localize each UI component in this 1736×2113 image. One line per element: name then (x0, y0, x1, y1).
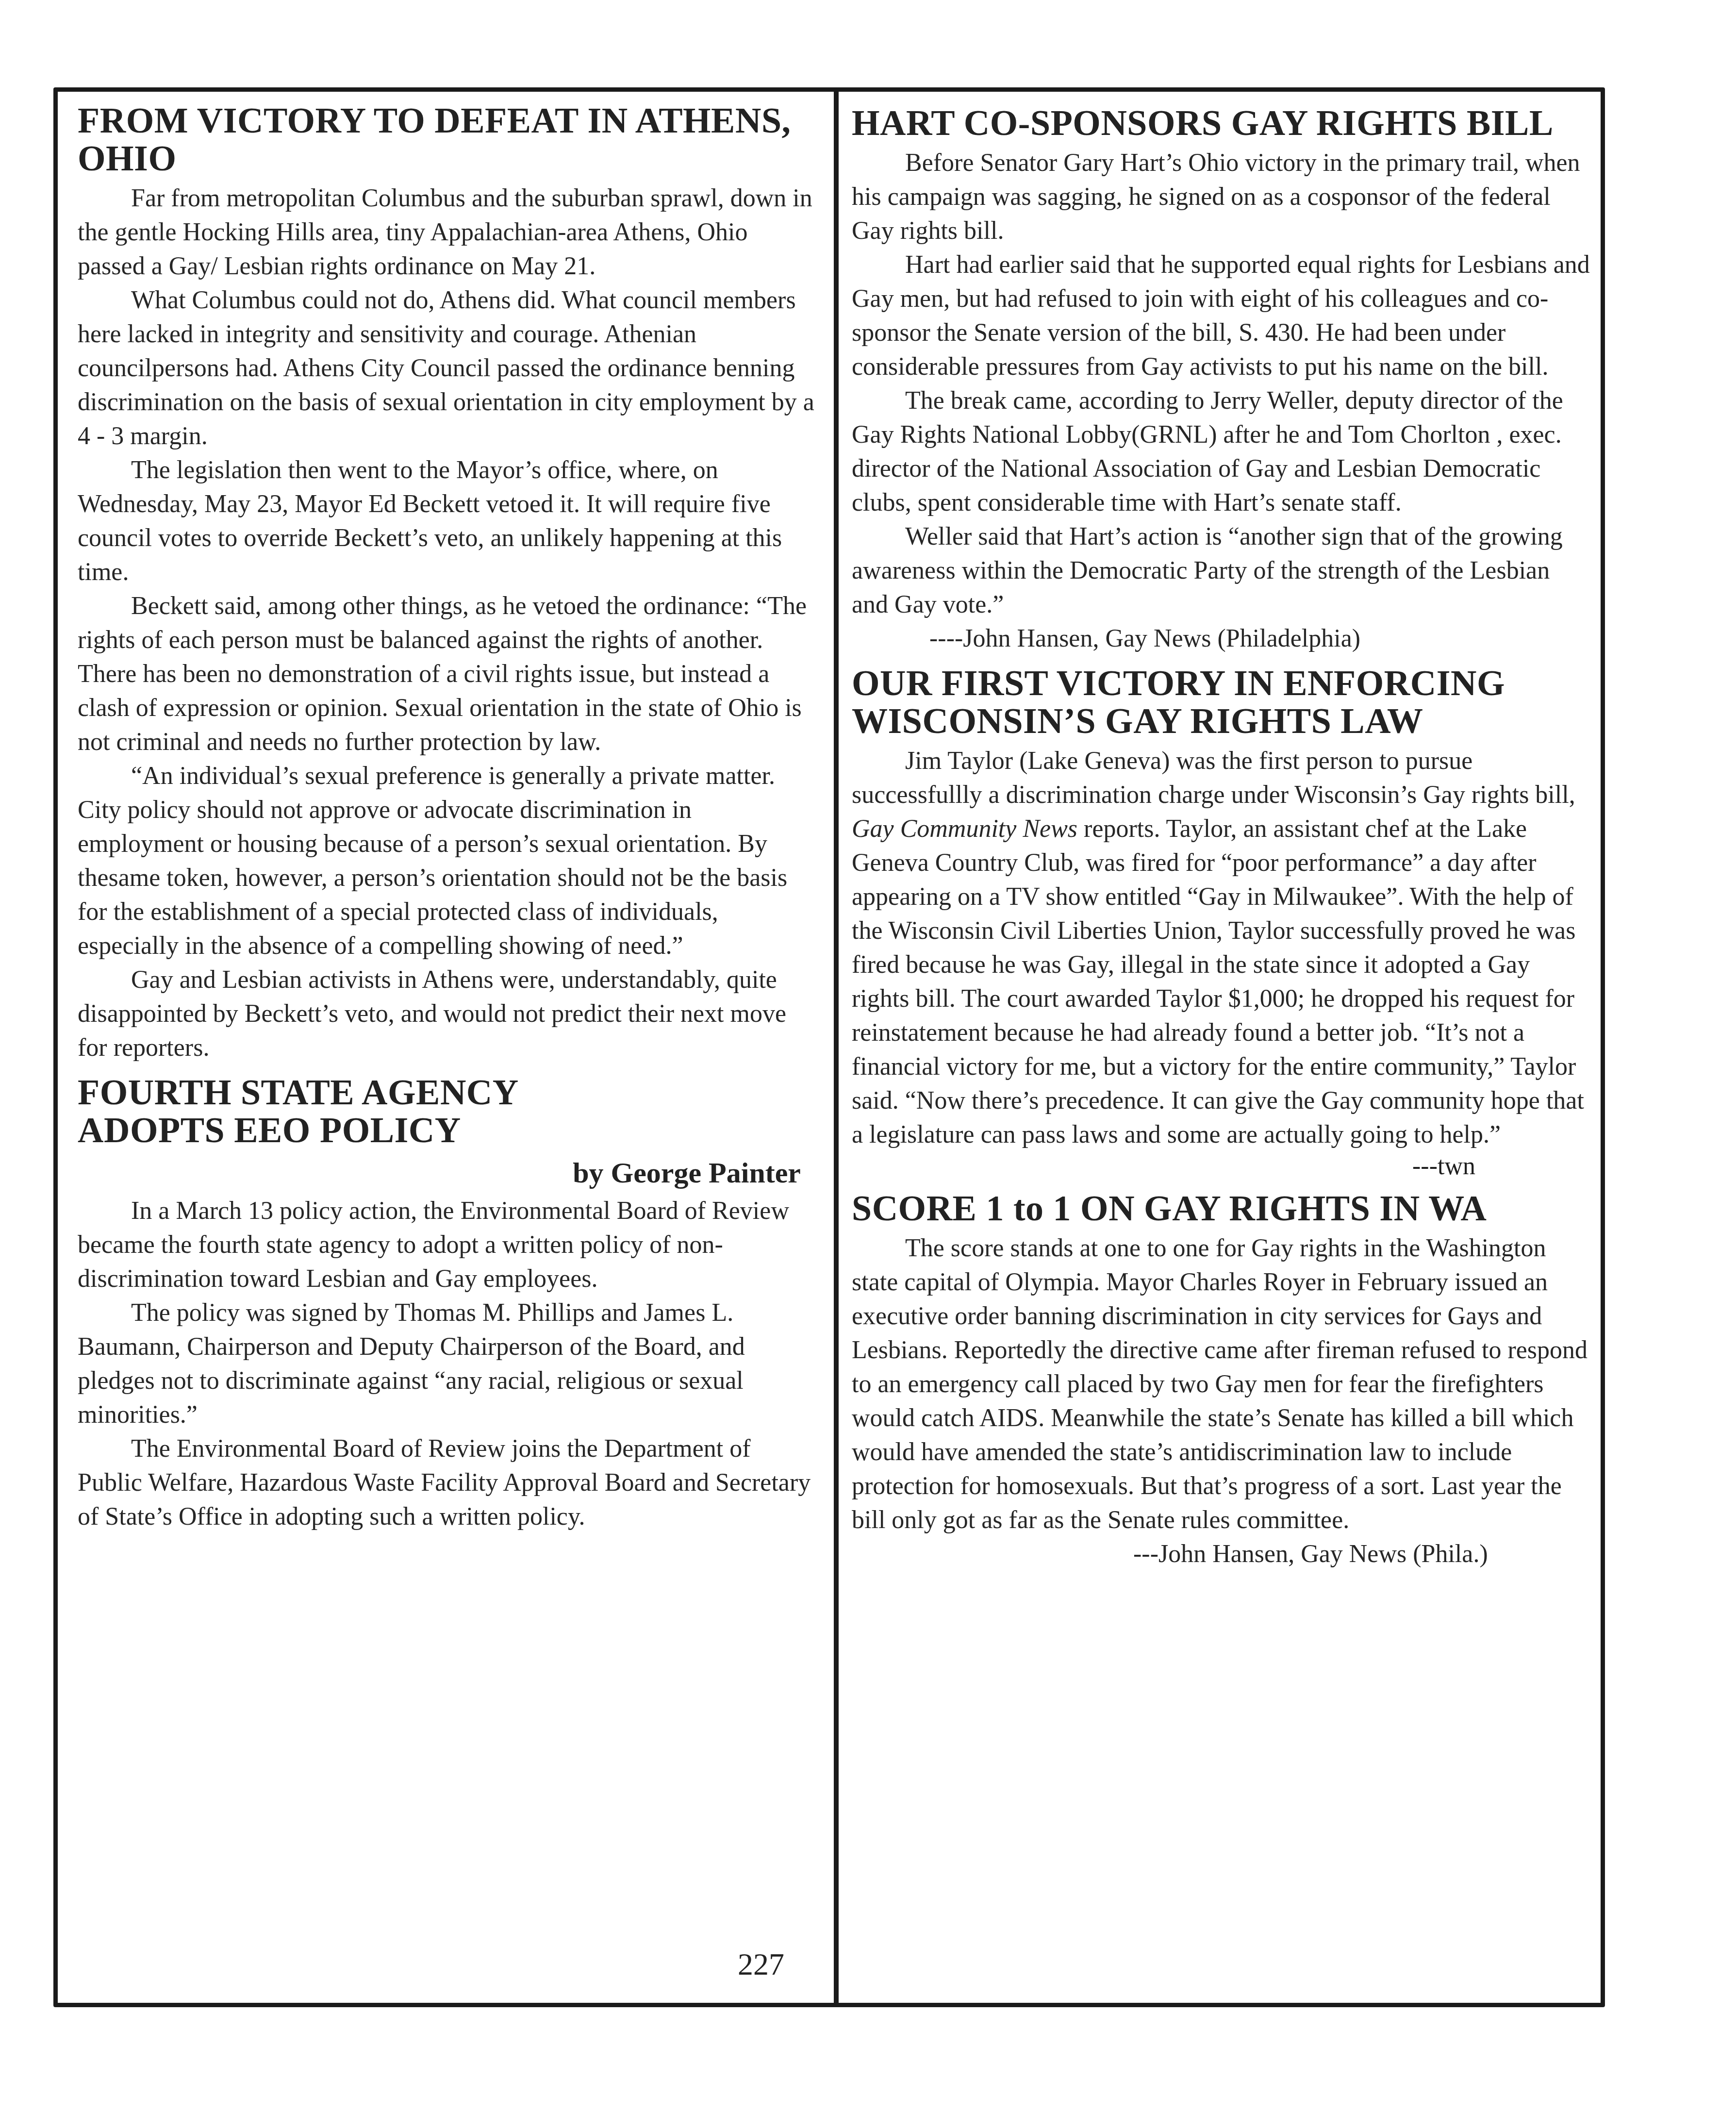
byline: by George Painter (78, 1153, 801, 1192)
paragraph: What Columbus could not do, Athens did. … (78, 283, 820, 453)
paragraph: Jim Taylor (Lake Geneva) was the first p… (852, 744, 1592, 1152)
paragraph: In a March 13 policy action, the Environ… (78, 1194, 820, 1296)
paragraph: Before Senator Gary Hart’s Ohio victory … (852, 146, 1592, 248)
headline-hart-cosponsors: HART CO-SPONSORS GAY RIGHTS BILL (852, 104, 1592, 142)
paragraph: Beckett said, among other things, as he … (78, 589, 820, 759)
paragraph: “An individual’s sexual preference is ge… (78, 759, 820, 963)
publication-name: Gay Community News (852, 815, 1077, 843)
story-hart-cosponsors: HART CO-SPONSORS GAY RIGHTS BILL Before … (852, 104, 1592, 656)
paragraph: Hart had earlier said that he supported … (852, 248, 1592, 384)
author-signoff: ---twn (852, 1152, 1592, 1181)
source-credit: ----John Hansen, Gay News (Philadelphia) (852, 622, 1592, 656)
story-fourth-state-agency: FOURTH STATE AGENCY ADOPTS EEO POLICY by… (78, 1074, 820, 1534)
text-run: Jim Taylor (Lake Geneva) was the first p… (852, 747, 1575, 809)
paragraph: The break came, according to Jerry Welle… (852, 384, 1592, 520)
story-athens-ohio: FROM VICTORY TO DEFEAT IN ATHENS, OHIO F… (78, 102, 820, 1065)
story-score-wa: SCORE 1 to 1 ON GAY RIGHTS IN WA The sco… (852, 1190, 1592, 1571)
right-column: HART CO-SPONSORS GAY RIGHTS BILL Before … (847, 92, 1597, 1580)
paragraph: The Environmental Board of Review joins … (78, 1432, 820, 1534)
story-wisconsin-victory: OUR FIRST VICTORY IN ENFORCING WISCONSIN… (852, 665, 1592, 1181)
headline-score-wa: SCORE 1 to 1 ON GAY RIGHTS IN WA (852, 1190, 1592, 1228)
column-divider (834, 87, 839, 2007)
text-run: reports. Taylor, an assistant chef at th… (852, 815, 1584, 1148)
headline-athens-ohio: FROM VICTORY TO DEFEAT IN ATHENS, OHIO (78, 102, 820, 178)
paragraph: Weller said that Hart’s action is “anoth… (852, 520, 1592, 622)
paragraph: The score stands at one to one for Gay r… (852, 1231, 1592, 1537)
source-credit: ---John Hansen, Gay News (Phila.) (852, 1537, 1592, 1571)
paragraph: The policy was signed by Thomas M. Phill… (78, 1296, 820, 1432)
paragraph: The legislation then went to the Mayor’s… (78, 453, 820, 589)
paragraph: Gay and Lesbian activists in Athens were… (78, 963, 820, 1065)
left-column: FROM VICTORY TO DEFEAT IN ATHENS, OHIO F… (73, 92, 830, 1543)
page-number: 227 (738, 1947, 784, 1982)
paragraph: Far from metropolitan Columbus and the s… (78, 182, 820, 283)
headline-wisconsin-victory: OUR FIRST VICTORY IN ENFORCING WISCONSIN… (852, 665, 1592, 740)
headline-fourth-state-agency: FOURTH STATE AGENCY ADOPTS EEO POLICY (78, 1074, 612, 1149)
